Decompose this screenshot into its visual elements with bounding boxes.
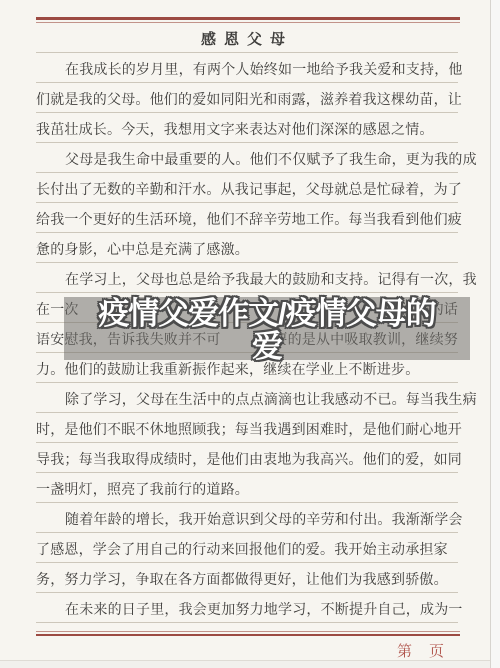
essay-line: 除了学习，父母在生活中的点点滴滴也让我感动不已。每当我生病	[36, 383, 458, 413]
watermark-text-line2: 爱	[252, 330, 282, 363]
watermark-text-line1: 疫情父爱作文/疫情父母的	[98, 297, 436, 330]
essay-line: 们就是我的父母。他们的爱如同阳光和雨露，滋养着我这棵幼苗，让	[36, 83, 458, 113]
essay-line: 一盏明灯，照亮了我前行的道路。	[36, 473, 458, 503]
page-right-edge	[490, 0, 491, 668]
essay-line: 在未来的日子里，我会更加努力地学习，不断提升自己，成为一	[36, 593, 458, 623]
essay-line: 我茁壮成长。今天，我想用文字来表达对他们深深的感恩之情。	[36, 113, 458, 143]
essay-line: 给我一个更好的生活环境，他们不辞辛劳地工作。每当我看到他们疲	[36, 203, 458, 233]
top-border-line-thick	[36, 17, 460, 20]
essay-line: 父母是我生命中最重要的人。他们不仅赋予了我生命，更为我的成	[36, 143, 458, 173]
page-bottom-margin	[0, 661, 490, 668]
essay-line: 在我成长的岁月里，有两个人始终如一地给予我关爱和支持，他	[36, 53, 458, 83]
page-bottom-edge	[0, 660, 490, 661]
watermark-overlay: 疫情父爱作文/疫情父母的 爱	[64, 297, 470, 360]
essay-line: 了感恩，学会了用自己的行动来回报他们的爱。我开始主动承担家	[36, 533, 458, 563]
essay-page: 感恩父母 在我成长的岁月里，有两个人始终如一地给予我关爱和支持，他们就是我的父母…	[0, 0, 500, 668]
essay-title: 感恩父母	[36, 23, 458, 53]
essay-line: 随着年龄的增长，我开始意识到父母的辛劳和付出。我渐渐学会	[36, 503, 458, 533]
essay-line: 务，努力学习，争取在各方面都做得更好，让他们为我感到骄傲。	[36, 563, 458, 593]
essay-line: 导我；每当我取得成绩时，是他们由衷地为我高兴。他们的爱，如同	[36, 443, 458, 473]
essay-line: 在学习上，父母也总是给予我最大的鼓励和支持。记得有一次，我	[36, 263, 458, 293]
page-number-label: 第 页	[397, 640, 457, 661]
essay-line: 长付出了无数的辛勤和汗水。从我记事起，父母就总是忙碌着，为了	[36, 173, 458, 203]
essay-line: 惫的身影，心中总是充满了感激。	[36, 233, 458, 263]
bottom-border-line-thick	[36, 634, 460, 636]
essay-line: 时，是他们不眠不休地照顾我；每当我遇到困难时，是他们耐心地开	[36, 413, 458, 443]
page-right-margin	[491, 0, 500, 668]
bottom-border-line-thin	[36, 631, 460, 632]
